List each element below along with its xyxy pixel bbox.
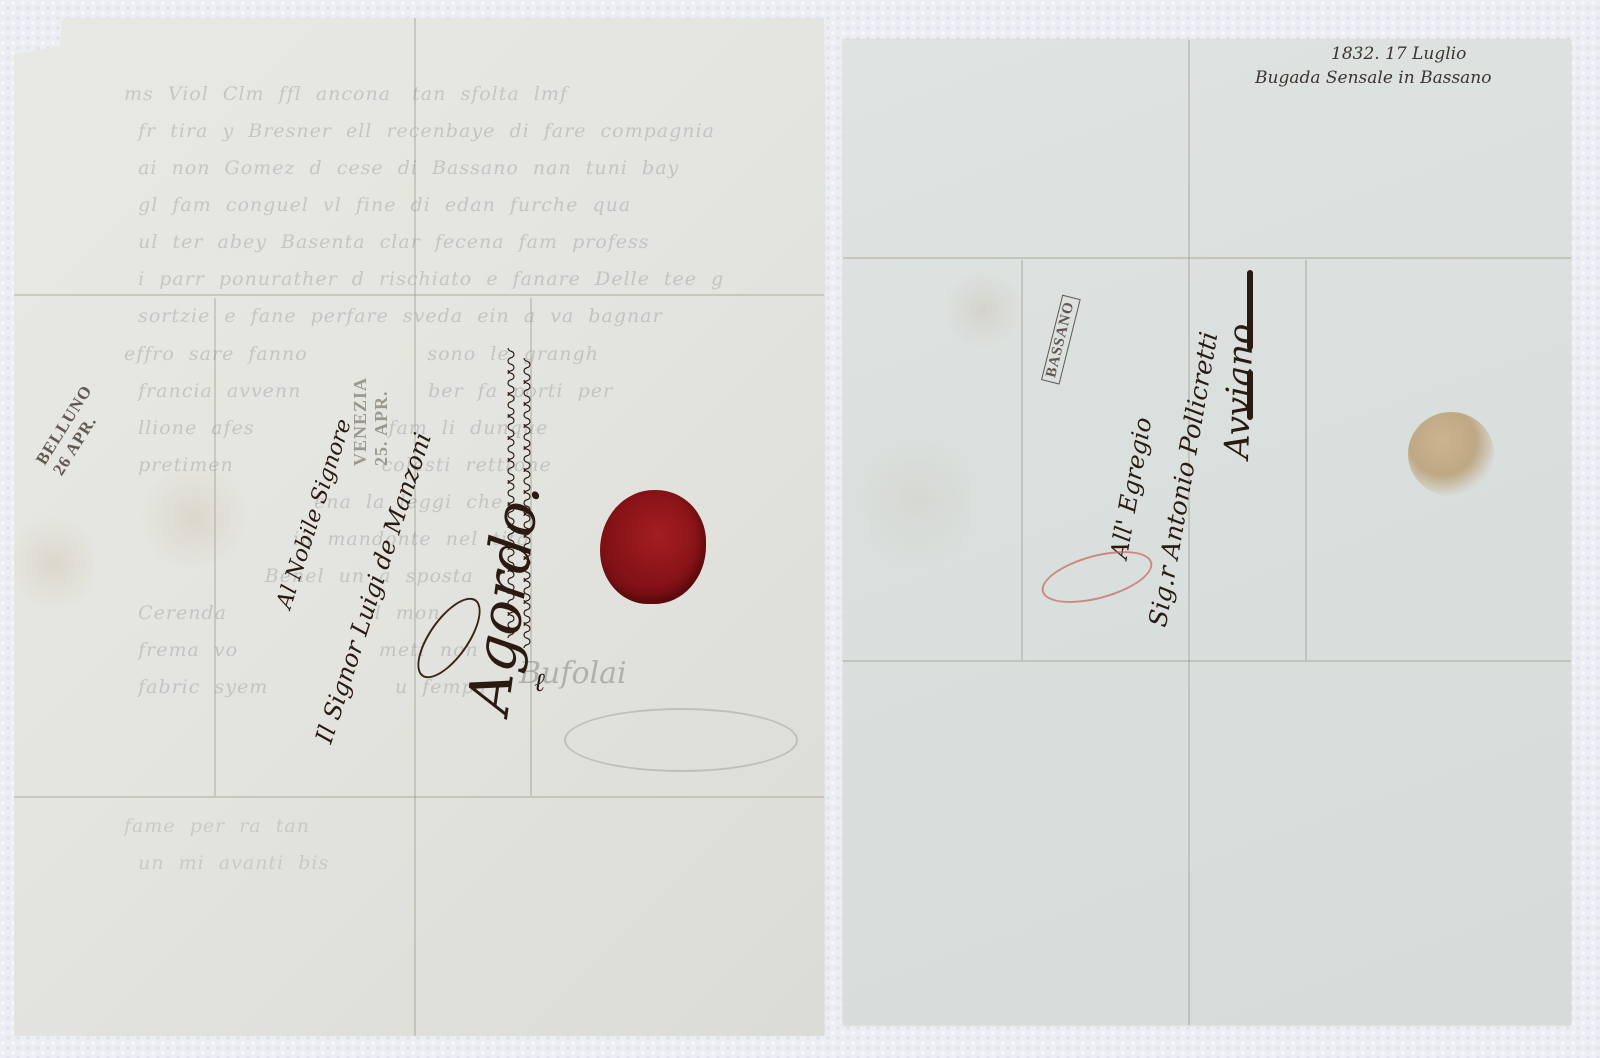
fold-line (14, 796, 824, 798)
fold-line (1305, 260, 1307, 660)
docket-date: 1832. 17 Luglio (1331, 44, 1466, 64)
postmark-belluno: BELLUNO 26 APR. (32, 382, 114, 480)
stain (134, 468, 254, 568)
address-line-1: All' Egregio (1105, 415, 1157, 561)
flourish-stroke (1247, 370, 1253, 420)
signature-flourish (564, 708, 798, 772)
left-edge-mark (14, 508, 94, 618)
ink-mark: ℓ (534, 668, 545, 698)
fold-line (843, 257, 1571, 259)
wax-seal (600, 490, 706, 604)
postmark-bassano: BASSANO (1041, 295, 1081, 385)
bleed-through-text: fame per ra tan un mi avanti bis (124, 808, 329, 882)
docket-sender: Bugada Sensale in Bassano (1255, 68, 1491, 88)
fold-line (843, 660, 1571, 662)
stain (943, 270, 1023, 350)
address-line-2: Sig.r Antonio Pollicretti (1143, 330, 1223, 629)
letter-right: 1832. 17 Luglio Bugada Sensale in Bassan… (843, 40, 1571, 1025)
destination: Avviano (1217, 323, 1262, 459)
wavy-underline: 〰〰〰〰〰〰〰〰〰〰〰〰〰 (508, 362, 545, 648)
postmark-venezia: VENEZIA 25. APR. (350, 377, 392, 466)
flourish-stroke (1247, 270, 1253, 350)
bleed-through-text: ms Viol Clm ffl ancona tan sfolta lmf fr… (124, 76, 724, 335)
seal-remnant (1408, 412, 1494, 496)
stain (863, 420, 973, 580)
